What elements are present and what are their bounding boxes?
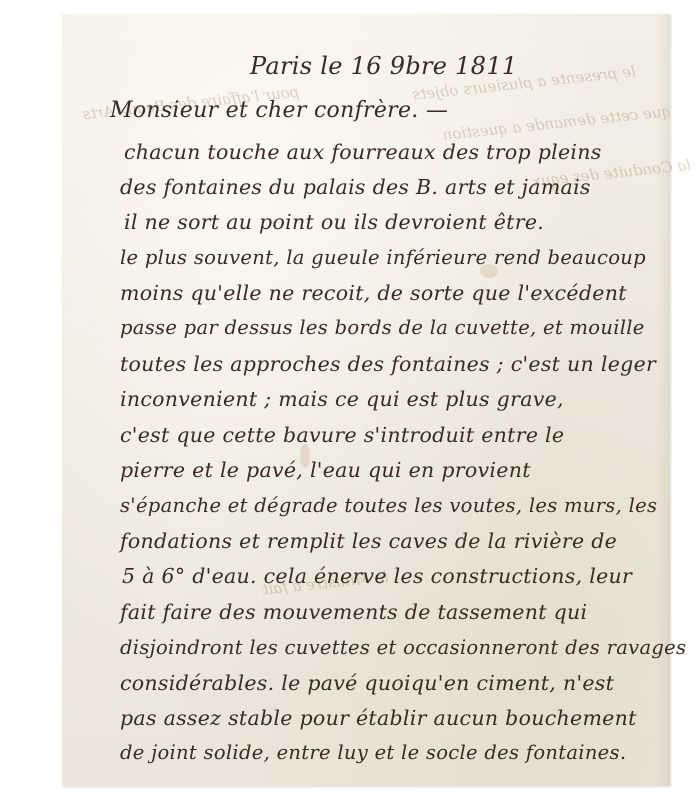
- letter-body-line: chacun touche aux fourreaux des trop ple…: [124, 140, 602, 164]
- letter-body-line: pas assez stable pour établir aucun bouc…: [120, 706, 637, 730]
- letter-body-line: fondations et remplit les caves de la ri…: [120, 529, 617, 553]
- letter-body-line: moins qu'elle ne recoit, de sorte que l'…: [120, 281, 627, 305]
- letter-body-line: pierre et le pavé, l'eau qui en provient: [120, 458, 531, 482]
- letter-body-line: s'épanche et dégrade toutes les voutes, …: [120, 494, 657, 517]
- letter-body-line: c'est que cette bavure s'introduit entre…: [120, 423, 564, 447]
- letter-body-line: des fontaines du palais des B. arts et j…: [120, 175, 591, 199]
- letter-body-line: inconvenient ; mais ce qui est plus grav…: [120, 387, 564, 411]
- letter-body-line: 5 à 6° d'eau. cela énerve les constructi…: [122, 564, 632, 588]
- letter-body-line: fait faire des mouvements de tassement q…: [120, 600, 587, 624]
- letter-body-line: passe par dessus les bords de la cuvette…: [120, 316, 645, 339]
- bleed-through-text: que cette demande a question: [442, 102, 672, 144]
- letter-body-line: il ne sort au point ou ils devroient êtr…: [124, 210, 544, 234]
- letter-salutation: Monsieur et cher confrère. —: [110, 98, 448, 123]
- letter-body-line: le plus souvent, la gueule inférieure re…: [120, 246, 646, 269]
- letter-body-line: toutes les approches des fontaines ; c'e…: [120, 352, 656, 376]
- letter-body-line: disjoindront les cuvettes et occasionner…: [120, 636, 686, 659]
- letter-body-line: considérables. le pavé quoiqu'en ciment,…: [120, 671, 614, 695]
- letter-body-line: de joint solide, entre luy et le socle d…: [120, 741, 626, 764]
- letter-dateline: Paris le 16 9bre 1811: [250, 52, 517, 80]
